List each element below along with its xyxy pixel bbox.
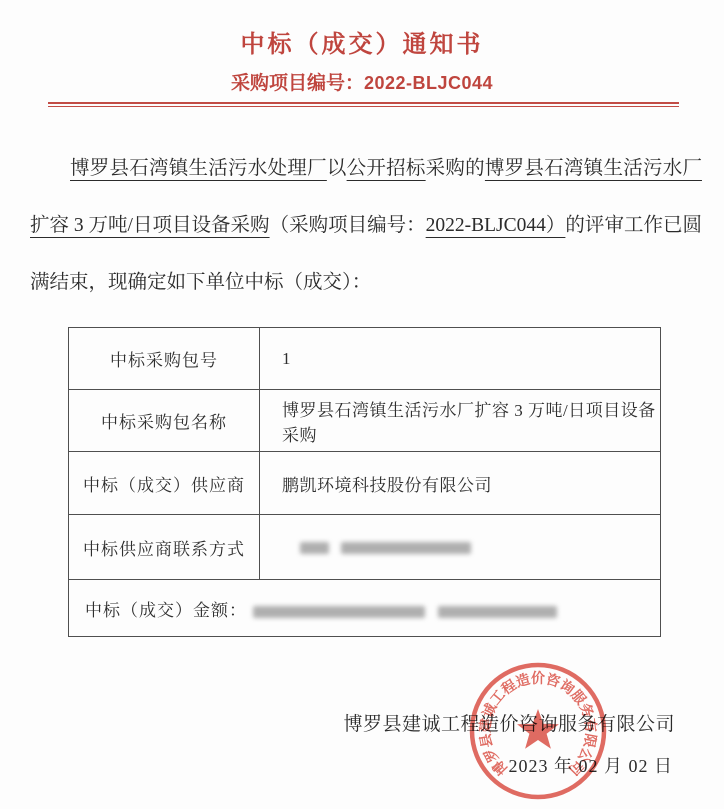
row-label: 中标采购包名称	[69, 390, 260, 452]
footer-date: 2023 年 02 月 02 日	[0, 752, 724, 778]
notice-segment: 2022-BLJC044）	[426, 215, 566, 236]
notice-segment: 公开招标	[347, 158, 426, 179]
notice-segment: 采购的	[426, 158, 485, 179]
table-row: 中标（成交）金额：	[69, 580, 661, 637]
row-value: 1	[260, 328, 661, 390]
row-label: 中标（成交）供应商	[69, 452, 260, 515]
row-value	[260, 515, 661, 580]
seal-ring-char: 价	[531, 670, 545, 687]
seal-star-icon	[517, 709, 559, 749]
header-divider-rule	[48, 102, 679, 107]
page-title: 中标（成交）通知书	[0, 0, 724, 59]
company-seal: 博罗县建诚工程造价咨询服务有限公司	[463, 656, 613, 806]
project-number-label: 采购项目编号：	[231, 73, 364, 94]
redacted-value-blob	[438, 606, 557, 618]
row-label: 中标（成交）金额：	[85, 601, 247, 620]
footer-company: 博罗县建诚工程造价咨询服务有限公司	[0, 709, 724, 736]
redacted-value-blob	[300, 542, 329, 554]
table-row: 中标采购包名称博罗县石湾镇生活污水厂扩容 3 万吨/日项目设备采购	[69, 390, 661, 452]
notice-segment: （采购项目编号：	[270, 215, 426, 236]
project-number-value: 2022-BLJC044	[364, 73, 493, 93]
notice-segment: 以	[327, 158, 347, 179]
row-value: 鹏凯环境科技股份有限公司	[260, 452, 661, 515]
seal-ring-char: 有	[581, 717, 599, 733]
row-label: 中标采购包号	[69, 328, 260, 390]
row-label: 中标供应商联系方式	[69, 515, 260, 580]
redacted-value-blob	[253, 606, 425, 618]
row-value: 博罗县石湾镇生活污水厂扩容 3 万吨/日项目设备采购	[260, 390, 661, 452]
project-number-line: 采购项目编号：2022-BLJC044	[0, 68, 724, 95]
award-table: 中标采购包号1中标采购包名称博罗县石湾镇生活污水厂扩容 3 万吨/日项目设备采购…	[68, 327, 661, 637]
table-row: 中标（成交）供应商鹏凯环境科技股份有限公司	[69, 452, 661, 515]
notice-segment: 博罗县石湾镇生活污水处理厂	[70, 158, 327, 179]
award-table-body: 中标采购包号1中标采购包名称博罗县石湾镇生活污水厂扩容 3 万吨/日项目设备采购…	[69, 328, 661, 637]
redacted-value-blob	[341, 542, 471, 554]
notice-document: 中标（成交）通知书 采购项目编号：2022-BLJC044 博罗县石湾镇生活污水…	[0, 0, 724, 809]
amount-cell: 中标（成交）金额：	[69, 580, 661, 637]
notice-paragraph: 博罗县石湾镇生活污水处理厂以公开招标采购的博罗县石湾镇生活污水厂扩容 3 万吨/…	[30, 140, 702, 311]
table-row: 中标供应商联系方式	[69, 515, 661, 580]
table-row: 中标采购包号1	[69, 328, 661, 390]
seal-ring-char: 县	[478, 732, 496, 749]
